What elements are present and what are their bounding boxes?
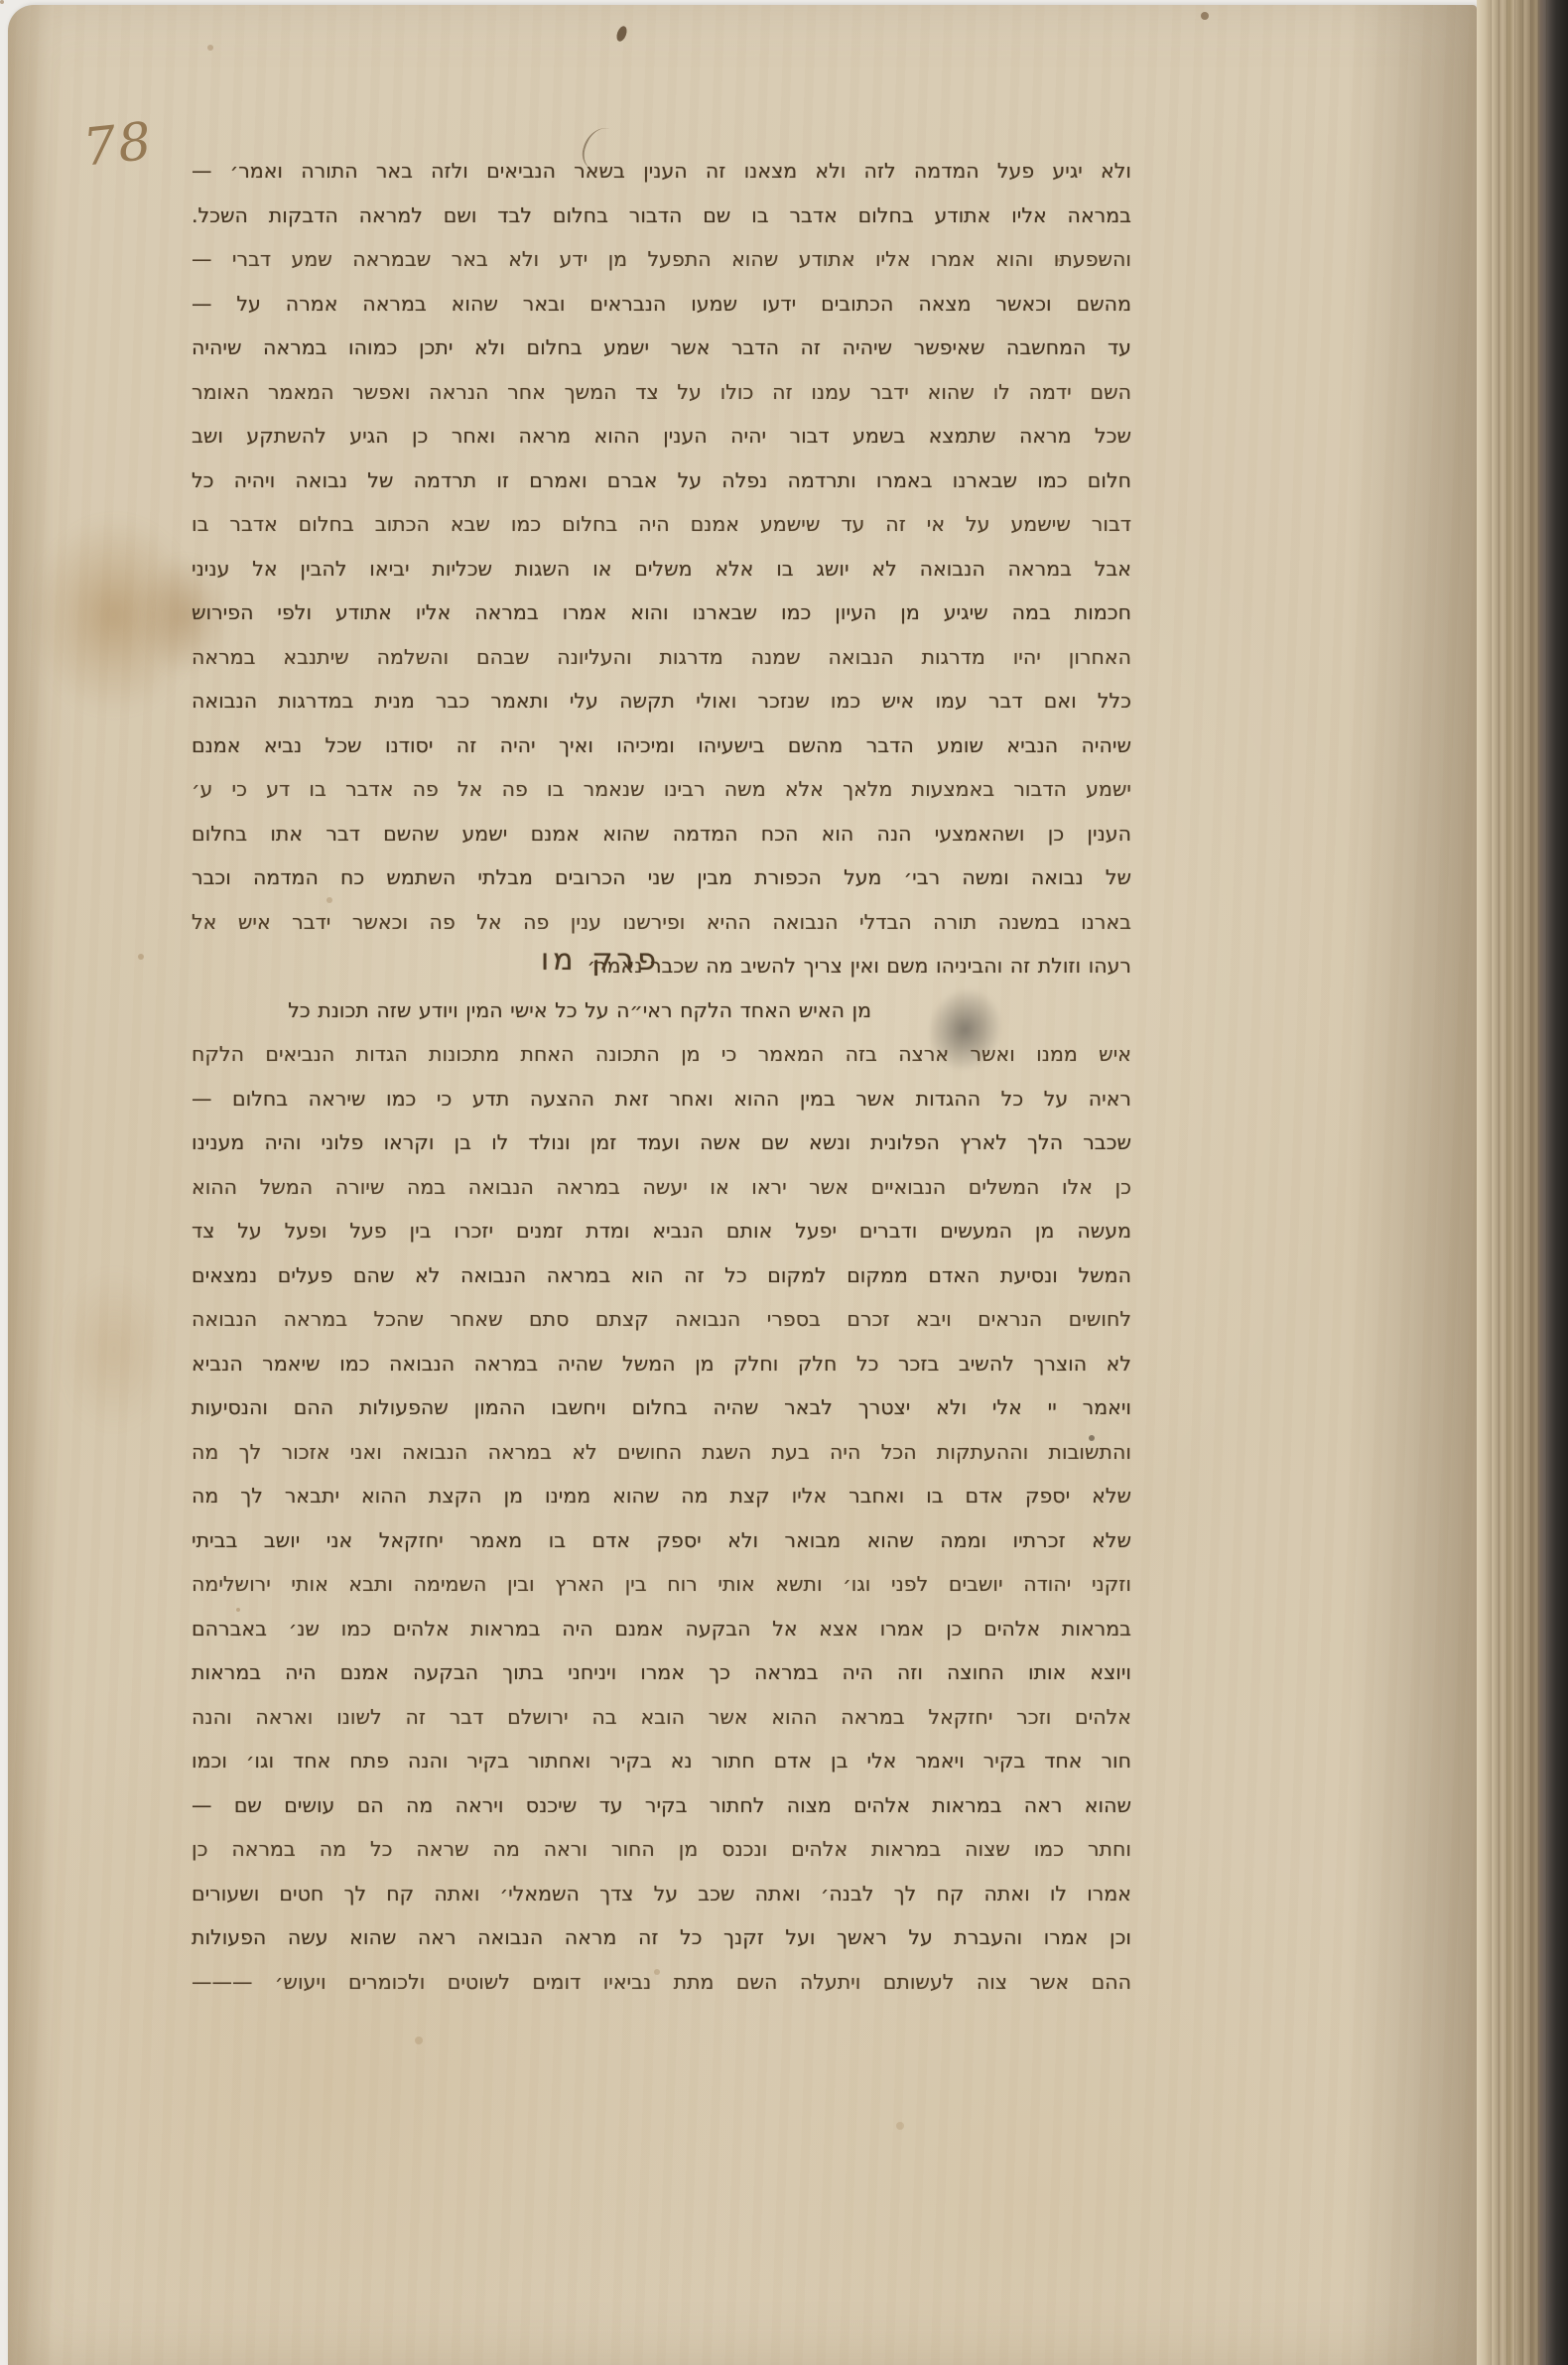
manuscript-line: שהוא ראה במראות אלהים מצוה לחתור בקיר עד… (192, 1783, 1131, 1828)
manuscript-line: ויאמר יי אלי ולא יצטרך לבאר שהיה בחלום ו… (192, 1385, 1131, 1430)
manuscript-line-text: הענין כן ושהאמצעי הנה הוא הכח המדמה שהוא… (192, 822, 1131, 846)
manuscript-line: איש ממנו ואשר ארצה בזה המאמר כי מן התכונ… (192, 1032, 1131, 1077)
manuscript-line-text: ישמע הדבור באמצעות מלאך אלא משה רבינו שנ… (192, 777, 1131, 801)
manuscript-line-text: רעהו וזולת זה והביניהו משם ואין צריך להש… (588, 954, 1132, 978)
manuscript-line-text: של נבואה ומשה רבי׳ מעל הכפורת מבין שני ה… (192, 865, 1131, 889)
manuscript-line: שכל מראה שתמצא בשמע דבור יהיה הענין ההוא… (192, 414, 1131, 459)
manuscript-line: חלום כמו שבארנו באמרו ותרדמה נפלה על אבר… (192, 459, 1131, 503)
manuscript-line: של נבואה ומשה רבי׳ מעל הכפורת מבין שני ה… (192, 855, 1131, 900)
manuscript-line: שלא יספק אדם בו ואחבר אליו קצת מה שהוא מ… (192, 1474, 1131, 1518)
manuscript-line: מעשה מן המעשים ודברים יפעל אותם הנביא ומ… (192, 1209, 1131, 1253)
manuscript-line: בארנו במשנה תורה הבדלי הנבואה ההיא ופירש… (192, 900, 1131, 945)
manuscript-line-text: במראות אלהים כן אמרו אצא אל הבקעה אמנם ה… (192, 1617, 1131, 1641)
manuscript-line-text: ההם אשר צוה לעשותם ויתעלה השם מתת נביאיו… (192, 1970, 1131, 1994)
manuscript-line-text: כלל ואם דבר עמו איש כמו שנזכר ואולי תקשה… (192, 689, 1131, 713)
manuscript-line: וחתר כמו שצוה במראות אלהים ונכנס מן החור… (192, 1827, 1131, 1872)
manuscript-line: רעהו וזולת זה והביניהו משם ואין צריך להש… (192, 944, 1131, 988)
manuscript-line: אלהים וזכר יחזקאל במראה ההוא אשר הובא בה… (192, 1695, 1131, 1740)
manuscript-line: והתשובות וההעתקות הכל היה בעת השגת החושי… (192, 1430, 1131, 1475)
manuscript-scan: 78 ולא יגיע פעל המדמה לזה ולא מצאנו זה ה… (0, 0, 1568, 2365)
manuscript-line: במראה אליו אתודע בחלום אדבר בו שם הדבור … (192, 194, 1131, 238)
manuscript-line: ולא יגיע פעל המדמה לזה ולא מצאנו זה העני… (192, 149, 1131, 194)
manuscript-line: ראיה על כל ההגדות אשר במין ההוא ואחר זאת… (192, 1077, 1131, 1121)
manuscript-line-text: ולא יגיע פעל המדמה לזה ולא מצאנו זה העני… (192, 159, 1131, 183)
manuscript-line: דבור שישמע על אי זה עד שישמע אמנם היה בח… (192, 502, 1131, 547)
manuscript-line: הענין כן ושהאמצעי הנה הוא הכח המדמה שהוא… (192, 812, 1131, 856)
manuscript-line-text: אלהים וזכר יחזקאל במראה ההוא אשר הובא בה… (192, 1705, 1131, 1729)
manuscript-line-text: בארנו במשנה תורה הבדלי הנבואה ההיא ופירש… (192, 910, 1131, 934)
chapter-heading: פרק מו (541, 939, 660, 984)
text-block: ולא יגיע פעל המדמה לזה ולא מצאנו זה העני… (192, 149, 1131, 2004)
manuscript-line: והשפעתו והוא אמרו אליו אתודע שהוא התפעל … (192, 237, 1131, 282)
manuscript-line-text: מעשה מן המעשים ודברים יפעל אותם הנביא ומ… (192, 1219, 1131, 1243)
manuscript-line: שלא זכרתיו וממה שהוא מבואר ולא יספק אדם … (192, 1518, 1131, 1563)
manuscript-line: ההם אשר צוה לעשותם ויתעלה השם מתת נביאיו… (192, 1960, 1131, 2005)
manuscript-line-text: האחרון יהיו מדרגות הנבואה שמנה מדרגות וה… (192, 645, 1131, 669)
manuscript-line: אמרו לו ואתה קח לך לבנה׳ ואתה שכב על צדך… (192, 1872, 1131, 1916)
manuscript-line-text: שהוא ראה במראות אלהים מצוה לחתור בקיר עד… (192, 1793, 1131, 1817)
manuscript-line-text: שיהיה הנביא שומע הדבר מהשם בישעיהו ומיכי… (192, 733, 1131, 757)
manuscript-line: וזקני יהודה יושבים לפני וגו׳ ותשא אותי ר… (192, 1562, 1131, 1607)
manuscript-line-text: שלא יספק אדם בו ואחבר אליו קצת מה שהוא מ… (192, 1484, 1131, 1508)
page-edge-lines (1491, 0, 1554, 2365)
manuscript-line-text: לא הוצרך להשיב בזכר כל חלק וחלק מן המשל … (192, 1352, 1131, 1376)
manuscript-line-text: ויאמר יי אלי ולא יצטרך לבאר שהיה בחלום ו… (192, 1395, 1131, 1419)
manuscript-line: עד המחשבה שאיפשר שיהיה זה הדבר אשר ישמע … (192, 326, 1131, 370)
manuscript-line-text: וחתר כמו שצוה במראות אלהים ונכנס מן החור… (192, 1837, 1131, 1861)
manuscript-line: חור אחד בקיר ויאמר אלי בן אדם חתור נא בק… (192, 1739, 1131, 1783)
manuscript-line: וכן אמרו והעברת על ראשך ועל זקנך כל זה מ… (192, 1915, 1131, 1960)
manuscript-line-text: השם ידמה לו שהוא ידבר עמנו זה כולו על צד… (192, 380, 1131, 404)
manuscript-line-text: ראיה על כל ההגדות אשר במין ההוא ואחר זאת… (192, 1087, 1131, 1111)
folio-number: 78 (80, 111, 156, 178)
manuscript-line-text: עד המחשבה שאיפשר שיהיה זה הדבר אשר ישמע … (192, 335, 1131, 359)
manuscript-line-text: במראה אליו אתודע בחלום אדבר בו שם הדבור … (192, 203, 1131, 227)
manuscript-line: מהשם וכאשר מצאה הכתובים ידעו שמעו הנבראי… (192, 282, 1131, 327)
manuscript-line: האחרון יהיו מדרגות הנבואה שמנה מדרגות וה… (192, 635, 1131, 680)
manuscript-line-text: שלא זכרתיו וממה שהוא מבואר ולא יספק אדם … (192, 1528, 1131, 1552)
manuscript-line: אבל במראה הנבואה לא יושג בו אלא משלים או… (192, 547, 1131, 591)
manuscript-line-text: אמרו לו ואתה קח לך לבנה׳ ואתה שכב על צדך… (192, 1882, 1131, 1905)
manuscript-line: במראות אלהים כן אמרו אצא אל הבקעה אמנם ה… (192, 1607, 1131, 1651)
manuscript-line-text: חור אחד בקיר ויאמר אלי בן אדם חתור נא בק… (192, 1749, 1131, 1773)
manuscript-line-text: ויוצא אותו החוצה וזה היה במראה כך אמרו ו… (192, 1660, 1131, 1684)
manuscript-line-text: המשל ונסיעת האדם ממקום למקום כל זה הוא ב… (192, 1263, 1131, 1287)
manuscript-line-text: דבור שישמע על אי זה עד שישמע אמנם היה בח… (192, 512, 1131, 536)
manuscript-line-text: והתשובות וההעתקות הכל היה בעת השגת החושי… (192, 1440, 1131, 1464)
manuscript-line: לחושים הנראים ויבא זכרם בספרי הנבואה קצת… (192, 1297, 1131, 1342)
manuscript-line: כן אלו המשלים הנבואיים אשר יראו או יעשה … (192, 1165, 1131, 1210)
manuscript-line-text: חכמות במה שיגיע מן העיון כמו שבארנו והוא… (192, 600, 1131, 624)
manuscript-line: לא הוצרך להשיב בזכר כל חלק וחלק מן המשל … (192, 1342, 1131, 1386)
manuscript-line-text: והשפעתו והוא אמרו אליו אתודע שהוא התפעל … (192, 247, 1131, 271)
manuscript-line-text: כן אלו המשלים הנבואיים אשר יראו או יעשה … (192, 1175, 1131, 1199)
manuscript-line: שיהיה הנביא שומע הדבר מהשם בישעיהו ומיכי… (192, 723, 1131, 768)
manuscript-line: שכבר הלך לארץ הפלונית ונשא שם אשה ועמד ז… (192, 1120, 1131, 1165)
manuscript-line: מן האיש האחד הלקח ראי״ה על כל אישי המין … (192, 988, 1131, 1033)
manuscript-line: המשל ונסיעת האדם ממקום למקום כל זה הוא ב… (192, 1253, 1131, 1298)
manuscript-line: השם ידמה לו שהוא ידבר עמנו זה כולו על צד… (192, 370, 1131, 415)
manuscript-line-text: איש ממנו ואשר ארצה בזה המאמר כי מן התכונ… (192, 1042, 1131, 1066)
manuscript-line-text: שכבר הלך לארץ הפלונית ונשא שם אשה ועמד ז… (192, 1130, 1131, 1154)
manuscript-line-text: לחושים הנראים ויבא זכרם בספרי הנבואה קצת… (192, 1307, 1131, 1331)
manuscript-line: חכמות במה שיגיע מן העיון כמו שבארנו והוא… (192, 591, 1131, 635)
manuscript-line-text: חלום כמו שבארנו באמרו ותרדמה נפלה על אבר… (192, 468, 1131, 492)
foxing-speckles (0, 0, 4, 4)
manuscript-line-text: וזקני יהודה יושבים לפני וגו׳ ותשא אותי ר… (192, 1572, 1131, 1596)
manuscript-line-text: אבל במראה הנבואה לא יושג בו אלא משלים או… (192, 557, 1131, 581)
manuscript-line-text: מן האיש האחד הלקח ראי״ה על כל אישי המין … (288, 998, 871, 1022)
manuscript-line-text: מהשם וכאשר מצאה הכתובים ידעו שמעו הנבראי… (192, 292, 1131, 316)
manuscript-line: ויוצא אותו החוצה וזה היה במראה כך אמרו ו… (192, 1650, 1131, 1695)
manuscript-line-text: שכל מראה שתמצא בשמע דבור יהיה הענין ההוא… (192, 424, 1131, 448)
manuscript-line-text: וכן אמרו והעברת על ראשך ועל זקנך כל זה מ… (192, 1925, 1131, 1949)
manuscript-line: כלל ואם דבר עמו איש כמו שנזכר ואולי תקשה… (192, 679, 1131, 723)
manuscript-line: ישמע הדבור באמצעות מלאך אלא משה רבינו שנ… (192, 767, 1131, 812)
